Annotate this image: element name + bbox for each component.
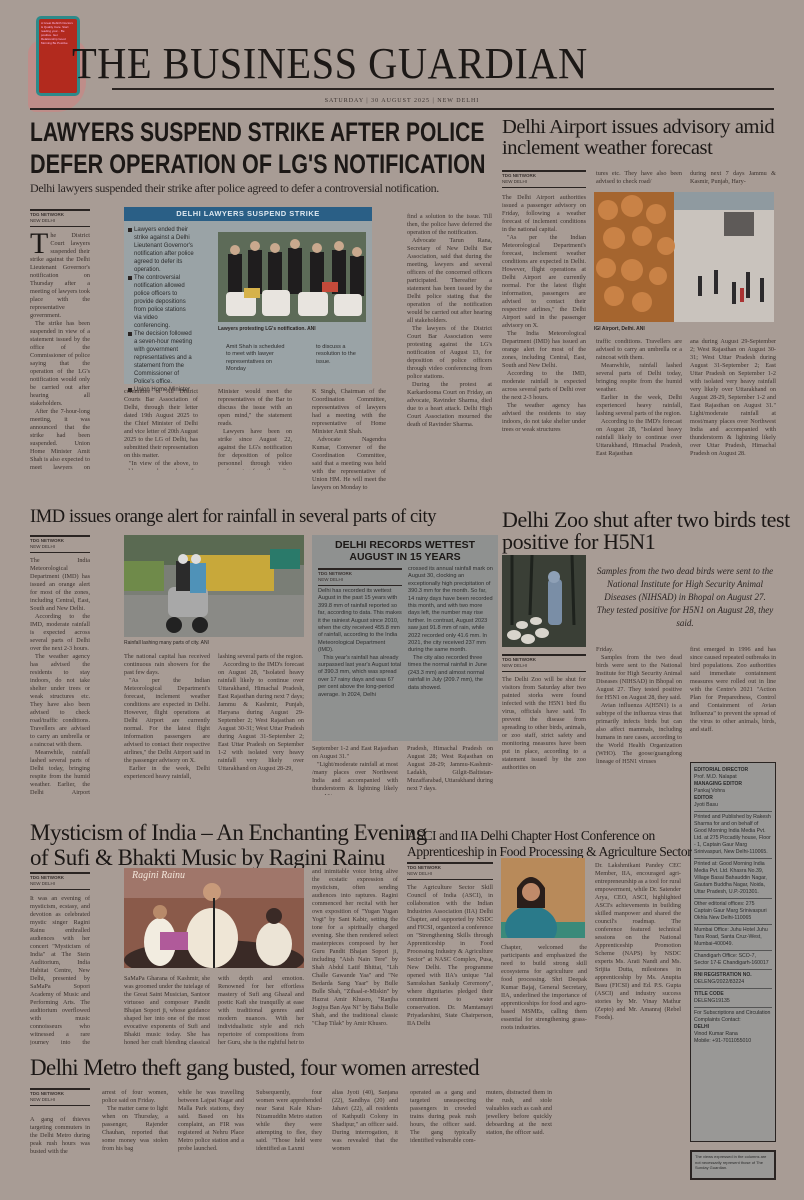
lead-col2-p2: "In view of the above, to address and re… (124, 460, 198, 470)
airport-photo-caption: IGI Airport, Delhi. ANI (594, 326, 774, 332)
metro-col2-p1: arrest of four women, police said on Fri… (102, 1089, 168, 1104)
staff-list: EDITORIAL DIRECTOR Prof. M.D. Nalapat MA… (694, 765, 772, 812)
airport-col2-p3: Earlier in the week, Delhi experienced h… (596, 394, 682, 418)
staff-name: Pankaj Vohra (694, 788, 725, 794)
lead-col5-p4: During the protest at Karkardooma Court … (407, 381, 492, 429)
wettest-col1-p1: Delhi has recorded its wettest August in… (318, 588, 402, 653)
lead-byline: TDG NETWORK NEW DELHI (30, 209, 90, 227)
lead-box-header: DELHI LAWYERS SUSPEND STRIKE (124, 207, 372, 221)
mumbai-office: Mumbai Office: Juhu Hotel Juhu Tara Road… (694, 925, 772, 951)
lead-box-after-1: Amit Shah is scheduled to meet with lawy… (226, 344, 288, 374)
byline-place: NEW DELHI (407, 871, 432, 876)
asci-column-3: Dr. Lakshmikant Pandey CEC Member, IIA, … (595, 862, 681, 1045)
wettest-box-header: DELHI RECORDS WETTEST AUGUST IN 15 YEARS (312, 539, 498, 563)
publisher-info: Printed and Published by Rakesh Sharma f… (694, 812, 772, 859)
imd-byline: TDG NETWORK NEW DELHI (30, 535, 90, 553)
airport-col1-p5: The weather agency has advised the resid… (502, 402, 586, 434)
wettest-header-line1: DELHI RECORDS WETTEST (312, 539, 498, 551)
rni-value: DELENG/2022/83224 (694, 979, 744, 985)
lead-column-1: T he District Court lawyers suspended th… (30, 232, 90, 470)
imd-column-1: The India Meteorological Department (IMD… (30, 557, 90, 795)
imd-col3-p2: According to the IMD's forecast on Augus… (218, 661, 304, 773)
views-disclaimer: The views expressed in the columns are n… (690, 1150, 776, 1180)
imd-column-5: Pradesh, Himachal Pradesh on August 28; … (407, 745, 493, 795)
zoo-column-1: The Delhi Zoo will be shut for visitors … (502, 676, 586, 798)
zoo-column-2: Friday. Samples from the two dead birds … (596, 646, 682, 798)
concert-photo: Ragini Rainu (124, 868, 304, 968)
airport-column-3: ana during August 29-September 2; West R… (690, 338, 776, 500)
zoo-col2-p2: Samples from the two dead birds were sen… (596, 654, 682, 702)
title-code-value: DELENG19135 (694, 998, 730, 1004)
masthead-rule-top (112, 88, 774, 90)
byline-place: NEW DELHI (318, 577, 343, 582)
metro-byline: TDG NETWORK NEW DELHI (30, 1088, 90, 1106)
mysticism-column-3: with depth and emotion. Renowned for her… (218, 975, 304, 1045)
zoo-worker-geese-image (502, 555, 586, 647)
metro-column-7: muters, distracted them in the rush, and… (486, 1089, 552, 1179)
imd-col2-p1: The national capital has received contin… (124, 653, 210, 676)
subscription-text: For Subscriptions and Circulation Compla… (694, 1010, 770, 1023)
editorial-offices: Other editorial offices: 275 Captain Gau… (694, 899, 772, 925)
zoo-headline: Delhi Zoo shut after two birds test posi… (502, 509, 802, 554)
asci-byline: TDG NETWORK NEW DELHI (407, 862, 493, 880)
imd-column-2: The national capital has received contin… (124, 653, 210, 795)
airport-column-1: The Delhi Airport authorities issued a p… (502, 194, 586, 502)
lead-col5-p1: find a solution to the issue. Till then,… (407, 213, 492, 236)
mysticism-column-4: and inimitable voice bring alive the ecs… (312, 868, 398, 1045)
imd-col3-p1: lashing several parts of the region. (218, 653, 303, 660)
byline-place: NEW DELHI (30, 1097, 55, 1102)
airport-col1-p2: "As per the Indian Meteorological Depart… (502, 234, 586, 330)
bullet-item: The controversial notification allowed p… (128, 274, 194, 330)
chandigarh-office: Chandigarh Office: SCO-7, Sector 17-E Ch… (694, 951, 772, 970)
airport-col1-p4: According to the IMD, moderate rainfall … (502, 370, 586, 402)
lead-column-2: committee of All District Courts Bar Ass… (124, 388, 198, 470)
imd-column-3: lashing several parts of the region. Acc… (218, 653, 304, 795)
metro-headline: Delhi Metro theft gang busted, four wome… (30, 1056, 479, 1079)
airport-column-2: traffic conditions. Travellers are advis… (596, 338, 682, 500)
bullet-item: Lawyers ended their strike against a Del… (128, 226, 194, 274)
zoo-column-3: first emerged in 1996 and has since caus… (690, 646, 776, 756)
lead-box-after-2: to discuss a resolution to the issue. (316, 344, 370, 366)
lawyers-protest-photo (218, 232, 366, 322)
asci-headline-line1: ASCI and IIA Delhi Chapter Host Conferen… (407, 828, 687, 844)
wettest-col2-p1: crossed its annual rainfall mark on Augu… (408, 566, 493, 653)
zoo-col2-p3: Avian influenza A(H5N1) is a subtype of … (596, 702, 682, 766)
lead-headline-line2: DEFER OPERATION OF LG'S NOTIFICATION (30, 149, 486, 180)
wettest-header-line2: AUGUST IN 15 YEARS (312, 551, 498, 563)
metro-col2-p2: The matter came to light when on Thursda… (102, 1105, 168, 1153)
lead-col1-p3: After the 7-hour-long meeting, it was an… (30, 408, 90, 470)
imd-column-4: September 1-2 and East Rajasthan on Augu… (312, 745, 398, 795)
imprint-infobox: EDITORIAL DIRECTOR Prof. M.D. Nalapat MA… (690, 762, 776, 1142)
metro-column-5: alias Jyoti (40), Sanjana (22), Sandhya … (332, 1089, 398, 1179)
protest-crowd-image (218, 232, 366, 322)
title-code: TITLE CODE DELENG19135 (694, 989, 772, 1008)
wettest-column-1: Delhi has recorded its wettest August in… (318, 588, 402, 738)
printer-info: Printed at: Good Morning India Media Pvt… (694, 859, 772, 899)
wettest-col2-p2: The city also recorded three times the n… (408, 655, 494, 692)
zoo-deck: Samples from the two dead birds were sen… (596, 565, 774, 630)
masthead-rule-bottom (30, 108, 774, 110)
contact-phone[interactable]: Mobile: +91-7011055010 (694, 1038, 772, 1045)
staff-name: Prof. M.D. Nalapat (694, 774, 737, 780)
imd-photo-caption: Rainfall lashing many parts of city. ANI (124, 640, 304, 646)
dropcap: T (30, 232, 48, 256)
lead-col5-p3: The lawyers of the District Court Bar As… (407, 325, 492, 381)
imd-headline: IMD issues orange alert for rainfall in … (30, 508, 436, 527)
contact-name: Vinod Kumar Rana (694, 1031, 772, 1038)
metro-column-4: Subsequently, four women were apprehende… (256, 1089, 322, 1179)
wettest-col1-p2: This year's rainfall has already surpass… (318, 655, 402, 699)
wettest-column-2: crossed its annual rainfall mark on Augu… (408, 566, 494, 738)
lead-deck: Delhi lawyers suspended their strike aft… (30, 181, 439, 196)
byline-place: NEW DELHI (30, 544, 55, 549)
asci-column-2: Chapter, welcomed the participants and e… (501, 944, 587, 1045)
lead-photo-caption: Lawyers protesting LG's notification. AN… (218, 326, 366, 332)
rni-registration: RNI REGISTRATION NO. DELENG/2022/83224 (694, 970, 772, 989)
airport-col2-p4: According to the IMD's forecast on Augus… (596, 418, 682, 458)
lead-box-bullets: Lawyers ended their strike against a Del… (128, 226, 194, 394)
lead-col3-p2: Lawyers have been on strike since August… (218, 428, 292, 470)
dateline: SATURDAY | 30 AUGUST 2025 | NEW DELHI (0, 98, 804, 104)
metro-column-6: operated as a gang and targeted unsuspec… (410, 1089, 476, 1179)
scooter-in-rain-image (124, 535, 304, 637)
airport-top-col2: tures etc. They have also been advised t… (596, 170, 682, 186)
lead-col4-p2: Advocate Nagendra Kumar, Convener of the… (312, 436, 386, 492)
speaker-portrait-image (501, 858, 585, 938)
lead-column-4: K Singh, Chairman of the Coordination Co… (312, 388, 386, 498)
zoo-byline: TDG NETWORK NEW DELHI (502, 654, 586, 672)
asci-column-1: The Agriculture Sector Skill Council of … (407, 884, 493, 1045)
staff-name: Jyoti Basu (694, 802, 718, 808)
imd-col1-p1: The India Meteorological Department (IMD… (30, 557, 90, 612)
lead-column-3: Minister would meet the representatives … (218, 388, 292, 470)
imd-col1-p3: The weather agency has advised the resid… (30, 653, 90, 749)
staff-role: EDITORIAL DIRECTOR (694, 767, 772, 774)
airport-top-col3: during next 7 days Jammu & Kasmir, Punja… (690, 170, 776, 186)
airport-col1-p1: The Delhi Airport authorities issued a p… (502, 194, 586, 233)
wettest-byline: TDG NETWORK NEW DELHI (318, 568, 402, 586)
mysticism-column-1: It was an evening of mysticism, ecstasy,… (30, 895, 90, 1045)
newspaper-masthead-title: THE BUSINESS GUARDIAN (72, 38, 588, 89)
imd-col1-p2: According to the IMD, moderate rainfall … (30, 613, 90, 653)
rainfall-photo (124, 535, 304, 637)
subscription-contact: For Subscriptions and Circulation Compla… (694, 1008, 772, 1047)
metro-column-3: while he was travelling between Lajpat N… (178, 1089, 244, 1179)
rni-label: RNI REGISTRATION NO. (694, 972, 772, 979)
imd-col2-p2: "As per the Indian Meteorological Depart… (124, 677, 210, 765)
imd-col4-p2: "Light/moderate rainfall at most /many p… (312, 761, 398, 795)
bullet-item: The decision followed a seven-hour meeti… (128, 330, 194, 386)
lead-col4-p1: K Singh, Chairman of the Coordination Co… (312, 388, 386, 435)
metro-column-2: arrest of four women, police said on Fri… (102, 1089, 168, 1179)
staff-role: MANAGING EDITOR (694, 781, 772, 788)
asci-headline: ASCI and IIA Delhi Chapter Host Conferen… (407, 828, 687, 860)
mysticism-byline: TDG NETWORK NEW DELHI (30, 872, 90, 890)
lead-column-5: find a solution to the issue. Till then,… (407, 213, 492, 498)
byline-place: NEW DELHI (502, 179, 527, 184)
imd-col4-p1: September 1-2 and East Rajasthan on Augu… (312, 745, 398, 760)
zoo-col2-p1: Friday. (596, 646, 613, 653)
lead-col1-p2: The strike has been suspended in view of… (30, 320, 90, 408)
asci-speaker-photo (501, 858, 585, 938)
lead-headline-line1: LAWYERS SUSPEND STRIKE AFTER POLICE (30, 117, 484, 148)
airport-col2-p1: traffic conditions. Travellers are advis… (596, 338, 682, 361)
byline-place: NEW DELHI (30, 218, 55, 223)
lead-col2-p1: committee of All District Courts Bar Ass… (124, 388, 198, 459)
lead-col5-p2: Advocate Tarun Rana, Secretary of New De… (407, 237, 492, 325)
byline-place: NEW DELHI (502, 663, 527, 668)
mysticism-column-2: SaMaPa Gharana of Kashmir, she was groom… (124, 975, 210, 1045)
contact-city: DELHI (694, 1024, 772, 1031)
ragini-rainu-performance-image (124, 868, 304, 968)
metro-column-1: A gang of thieves targeting commuters in… (30, 1116, 90, 1176)
byline-place: NEW DELHI (30, 881, 55, 886)
imd-col1-p4: Meanwhile, rainfall lashed several parts… (30, 749, 90, 795)
airport-terminal-photo (594, 192, 774, 322)
lead-col3-p1: Minister would meet the representatives … (218, 388, 292, 427)
airport-hands-sculpture-image (594, 192, 774, 322)
title-code-label: TITLE CODE (694, 991, 772, 998)
airport-headline: Delhi Airport issues advisory amid incle… (502, 117, 802, 159)
airport-col1-p3: The India Meteorological Department (IMD… (502, 330, 586, 370)
airport-col2-p2: Meanwhile, rainfall lashed several parts… (596, 362, 682, 394)
zoo-photo (502, 555, 586, 647)
imd-col2-p3: Earlier in the week, Delhi experienced h… (124, 765, 210, 781)
airport-byline: TDG NETWORK NEW DELHI (502, 170, 586, 188)
concert-banner-text: Ragini Rainu (132, 870, 185, 881)
staff-role: EDITOR (694, 795, 772, 802)
